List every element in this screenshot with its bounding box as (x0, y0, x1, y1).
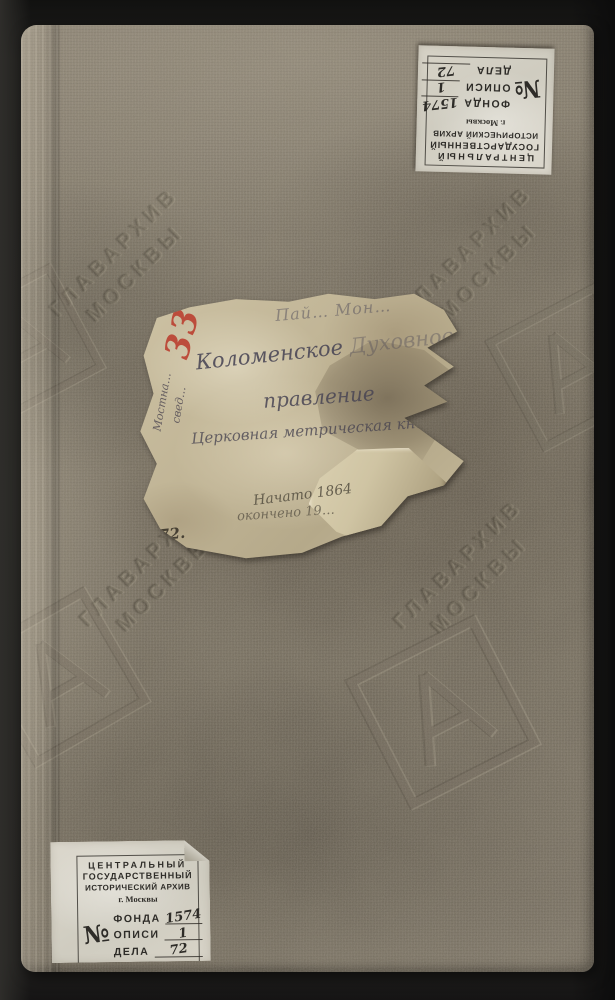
fond-value: 1574 (421, 96, 458, 112)
opis-value: 1 (164, 926, 202, 941)
archive-stamp-top-right: ЦЕНТРАЛЬНЫЙ ГОСУДАРСТВЕННЫЙ ИСТОРИЧЕСКИЙ… (415, 45, 554, 175)
glavarkhiv-a-logo-watermark (333, 603, 551, 821)
delo-label: ДЕЛА (114, 946, 150, 958)
side-annotation-line2: свед… (169, 385, 188, 424)
corner-case-number: 72. (158, 524, 186, 545)
opis-label: ОПИСИ (113, 929, 159, 942)
date-finished: окончено 19… (237, 503, 336, 525)
center-paper-label: 33 Мостна… свед… Пай… Мон… Коломенское Д… (137, 291, 467, 561)
stamp-border-box: ЦЕНТРАЛЬНЫЙ ГОСУДАРСТВЕННЫЙ ИСТОРИЧЕСКИЙ… (76, 854, 200, 966)
fond-value: 1574 (165, 909, 201, 924)
opis-value: 1 (422, 79, 460, 95)
delo-value: 72 (422, 62, 470, 78)
stamp-row-fond: ФОНДА 1574 (421, 96, 510, 113)
stamp-row-opis: ОПИСИ 1 (422, 79, 511, 96)
number-sign: № (82, 921, 111, 948)
number-sign: № (513, 76, 541, 102)
stamp-row-opis: ОПИСИ 1 (113, 926, 202, 942)
stamp-org-line2: ГОСУДАРСТВЕННЫЙ (83, 870, 193, 883)
folded-corner (184, 839, 210, 861)
glavarkhiv-a-logo-watermark (474, 272, 594, 461)
stamp-border-box: ЦЕНТРАЛЬНЫЙ ГОСУДАРСТВЕННЫЙ ИСТОРИЧЕСКИЙ… (425, 55, 548, 168)
organization-word1: Коломенское (194, 335, 344, 374)
stamp-row-fond: ФОНДА 1574 (113, 909, 202, 925)
side-annotation-line1: Мостна… (151, 372, 174, 433)
book-cover: ГЛАВАРХИВ МОСКВЫ ГЛАВАРХИВ МОСКВЫ ГЛАВАР… (21, 25, 594, 972)
fond-label: ФОНДА (463, 97, 511, 110)
stamp-row-delo: ДЕЛА 72 (114, 942, 203, 958)
opis-label: ОПИСИ (464, 80, 510, 93)
archive-stamp-bottom-left: ЦЕНТРАЛЬНЫЙ ГОСУДАРСТВЕННЫЙ ИСТОРИЧЕСКИЙ… (50, 840, 211, 963)
scan-photo: ГЛАВАРХИВ МОСКВЫ ГЛАВАРХИВ МОСКВЫ ГЛАВАР… (0, 0, 615, 1000)
book-spine (21, 25, 61, 972)
faded-title-line: Пай… Мон… (274, 296, 392, 325)
delo-value: 72 (154, 942, 202, 957)
side-annotation: Мостна… свед… (144, 342, 197, 466)
stamp-row-delo: ДЕЛА 72 (422, 62, 511, 79)
stamp-org-line3: ИСТОРИЧЕСКИЙ АРХИВ (83, 882, 193, 894)
stamp-org-line4: г. Москвы (83, 893, 193, 905)
torn-paper: 33 Мостна… свед… Пай… Мон… Коломенское Д… (137, 291, 467, 561)
fond-label: ФОНДА (113, 912, 160, 925)
delo-label: ДЕЛА (475, 64, 511, 77)
